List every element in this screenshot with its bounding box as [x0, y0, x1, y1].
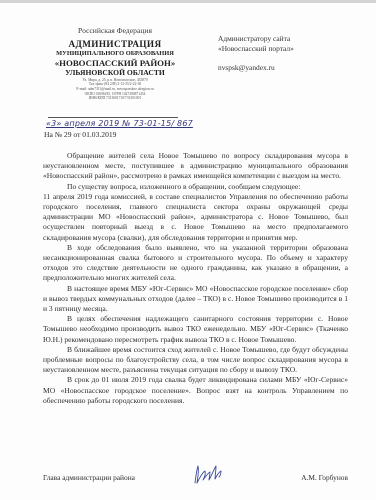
letterhead-municipal: МУНИЦИПАЛЬНОГО ОБРАЗОВАНИЯ: [40, 50, 190, 57]
body-paragraph: В целях обеспечения надлежащего санитарн…: [43, 314, 348, 345]
addressee-email: nvspsk@yandex.ru: [218, 63, 294, 73]
handwritten-signature-icon: [191, 463, 227, 487]
body-paragraph: По существу вопроса, изложенного в обращ…: [43, 182, 348, 192]
signatory-title: Глава администрации района: [43, 473, 135, 482]
body-paragraph: 11 апреля 2019 года комиссией, в составе…: [43, 192, 348, 243]
outgoing-number: «3» апреля 2019 № 73-01-15/ 867: [46, 119, 193, 128]
body-paragraph: В ближайшее время состоится сход жителей…: [43, 345, 348, 376]
addressee-line-1: Администратору сайта: [218, 34, 294, 44]
letterhead-district: «НОВОСПАССКИЙ РАЙОН»: [40, 59, 190, 69]
signature-block: Глава администрации района А.М. Горбунов: [43, 467, 348, 487]
letterhead-inn: ИНН/КПП 7313001710/731301001: [40, 96, 190, 101]
letterhead-admin: АДМИНИСТРАЦИЯ: [40, 39, 190, 49]
signatory-name: А.М. Горбунов: [301, 473, 348, 482]
addressee-line-2: «Новоспасский портал»: [218, 44, 294, 54]
body-paragraph: В настоящее время МБУ «Юг-Сервис» МО «Но…: [43, 284, 348, 315]
body-paragraph: В ходе обследования было выявлено, что н…: [43, 243, 348, 284]
body-paragraph: Обращение жителей села Новое Томышево по…: [43, 151, 348, 182]
in-reply-reference: На № 29 от 01.03.2019: [44, 130, 116, 139]
letterhead-divider: [48, 117, 178, 118]
letterhead: Российская Федерация АДМИНИСТРАЦИЯ МУНИЦ…: [40, 27, 190, 101]
addressee-block: Администратору сайта «Новоспасский порта…: [218, 34, 294, 73]
letter-body: Обращение жителей села Новое Томышево по…: [43, 151, 348, 406]
document-page: Российская Федерация АДМИНИСТРАЦИЯ МУНИЦ…: [0, 3, 376, 500]
letterhead-region: УЛЬЯНОВСКОЙ ОБЛАСТИ: [40, 69, 190, 77]
letterhead-federation: Российская Федерация: [40, 27, 190, 35]
body-paragraph: В срок до 01 июля 2019 года свалка будет…: [43, 375, 348, 406]
